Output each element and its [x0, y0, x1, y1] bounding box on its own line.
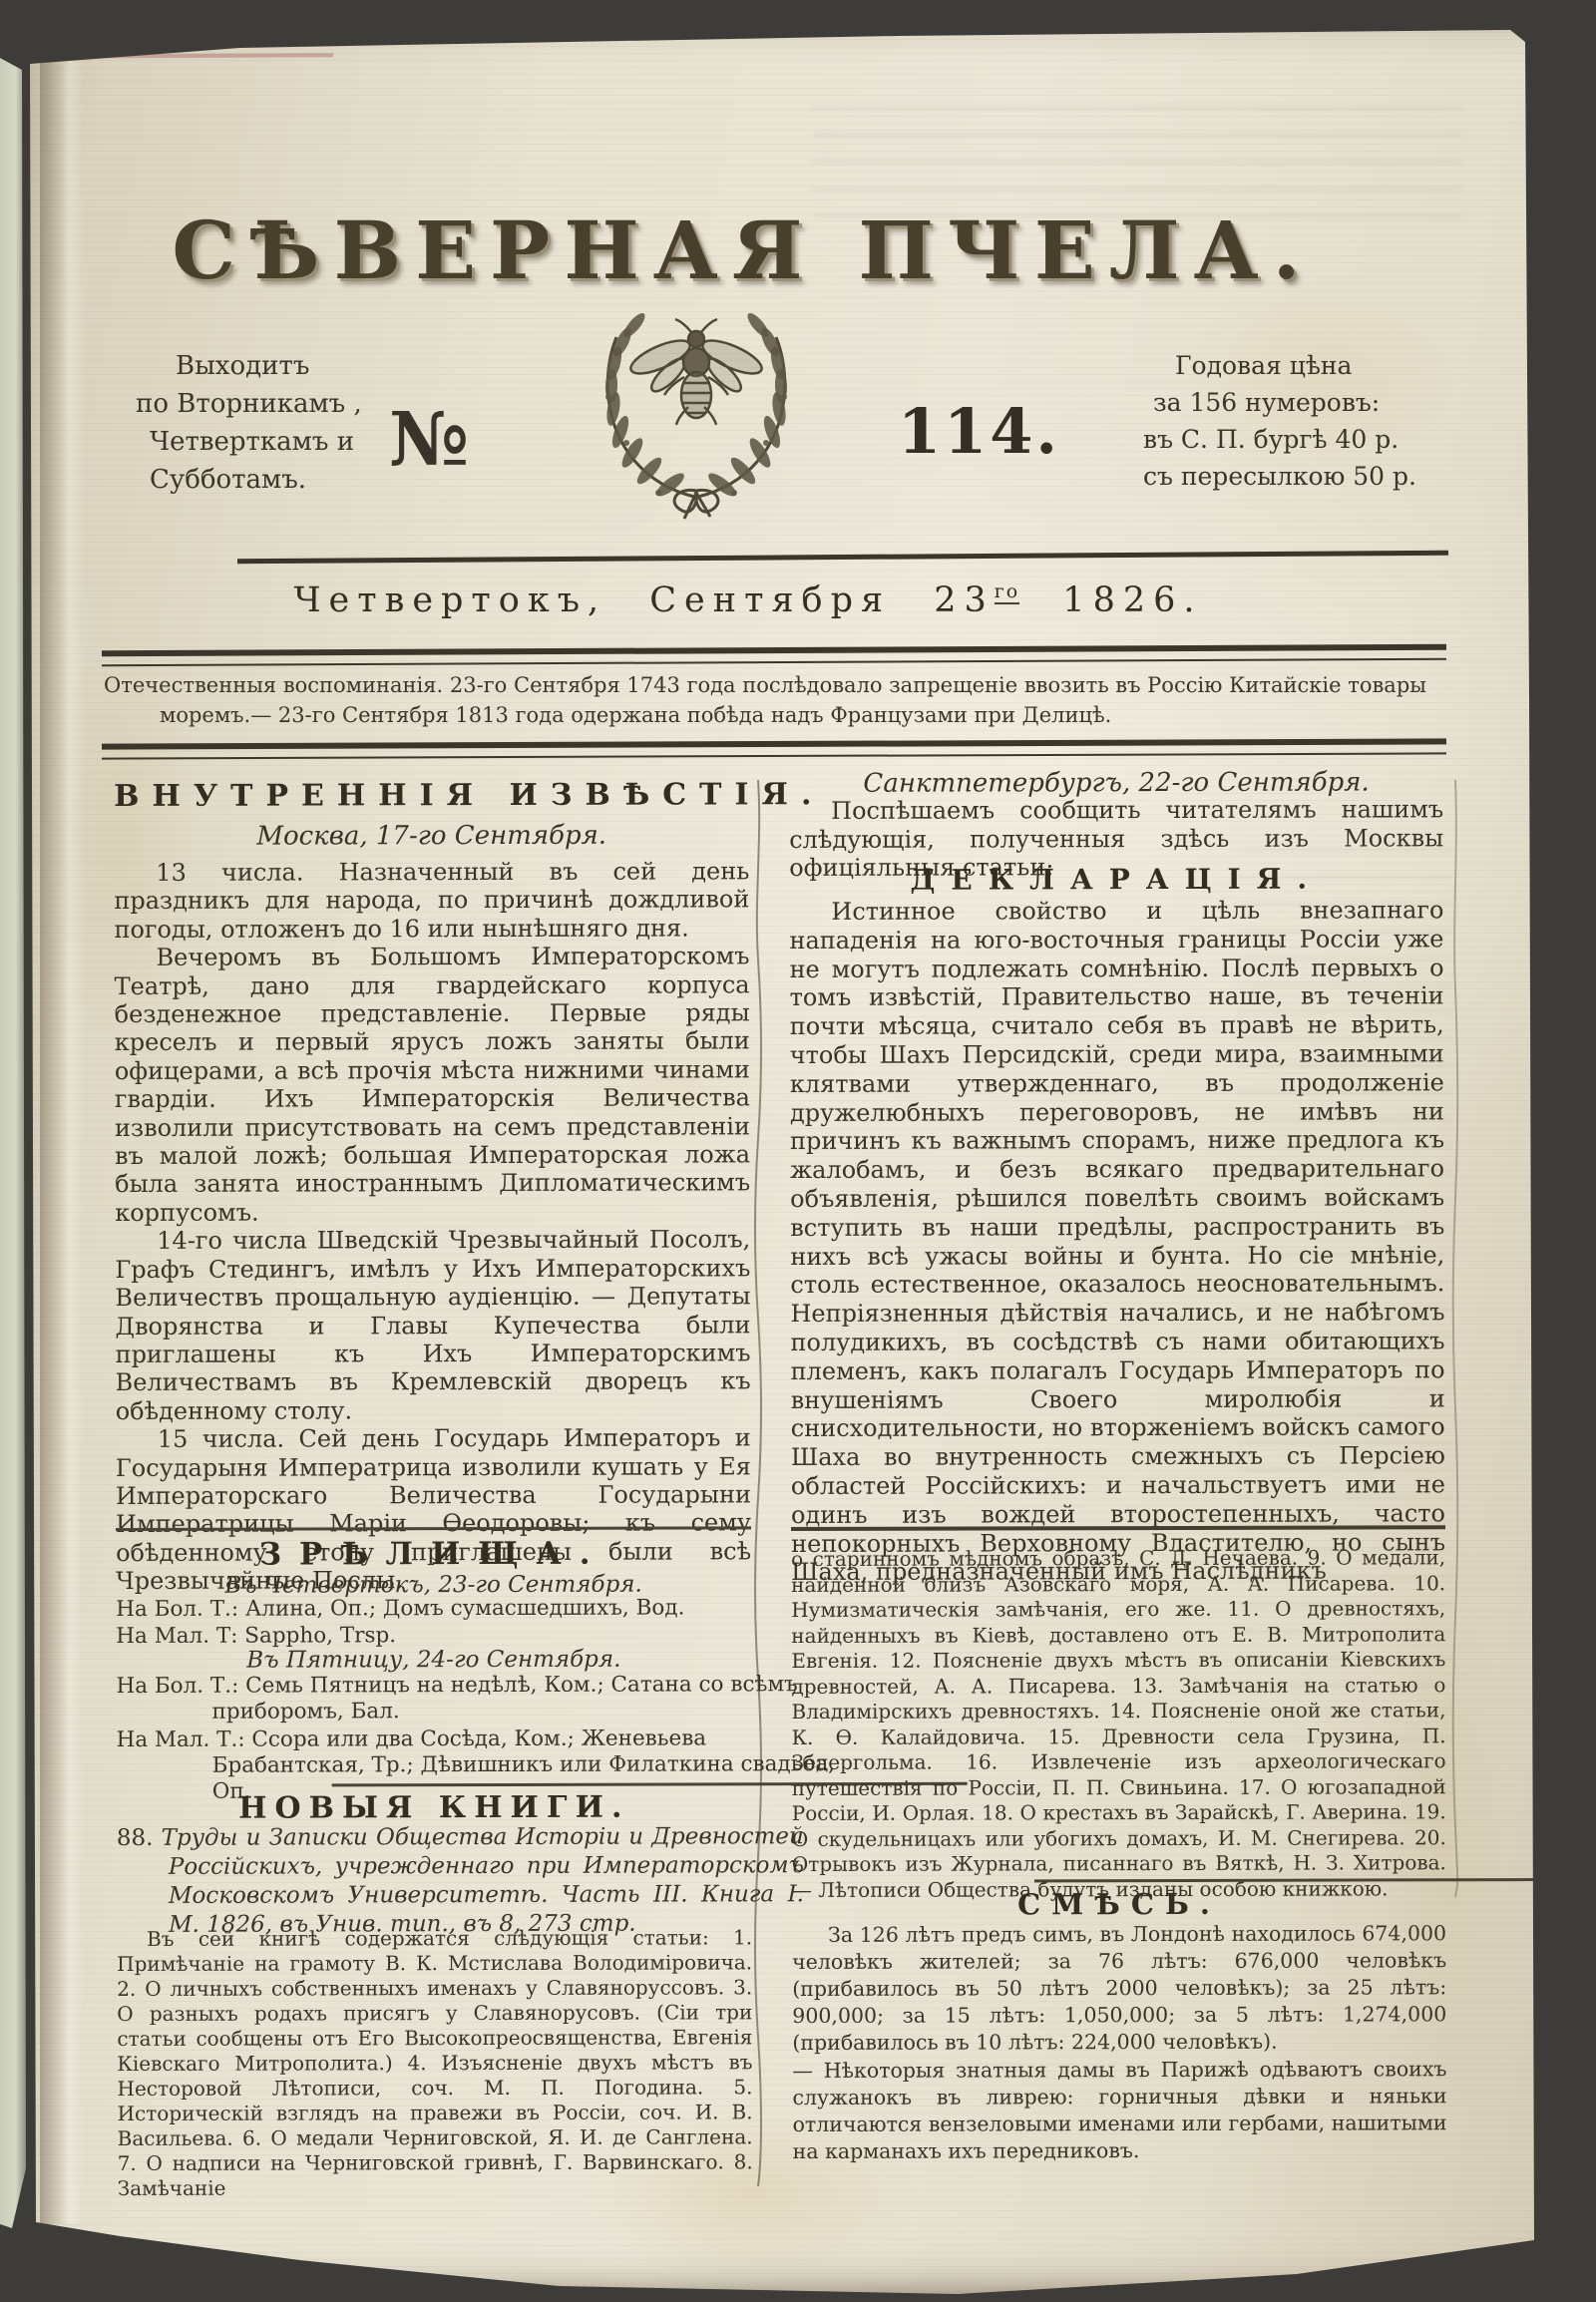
horizontal-rule — [102, 738, 1446, 749]
right-margin-mark — [1448, 780, 1462, 1901]
section-heading-domestic-news: ВНУТРЕННІЯ ИЗВѢСТІЯ. — [114, 777, 749, 814]
domestic-news-body: 13 числа. Назначенный въ сей день праздн… — [114, 857, 751, 1595]
book-entry-number: 88. — [117, 1825, 154, 1851]
section-heading-miscellany: СМѢСЬ. — [792, 1886, 1446, 1922]
horizontal-rule — [237, 551, 1448, 564]
numero-sign: № — [389, 397, 469, 483]
newspaper-scan: { "colors":{"backdrop":"#3d3c38","paper"… — [0, 0, 1596, 2302]
dateline-ordinal: го — [995, 580, 1019, 604]
horizontal-rule — [102, 644, 1446, 657]
schedule-line: Субботамъ. — [136, 461, 362, 499]
column-divider — [750, 780, 766, 2190]
theatre-listing: На Бол. Т.: Алина, Оп.; Домъ сумасшедших… — [116, 1595, 847, 1623]
miscellany-paragraph: — Нѣкоторыя знатныя дамы въ Парижѣ одѣва… — [792, 2056, 1446, 2165]
paper-edge-tint — [34, 53, 333, 59]
schedule-line: по Вторникамъ , — [136, 385, 362, 423]
publication-schedule: Выходитъ по Вторникамъ , Четверткамъ и С… — [136, 347, 362, 499]
dateline: Четвертокъ, Сентября 23го 1826. — [170, 580, 1327, 620]
ink-bleedthrough — [813, 88, 1461, 217]
book-entry: 88. Труды и Записки Общества Исторіи и Д… — [117, 1822, 804, 1940]
paragraph: Вечеромъ въ Большомъ Императорскомъ Теат… — [114, 943, 750, 1228]
schedule-line: Четверткамъ и — [136, 423, 362, 461]
book-entry-title: Труды и Записки Общества Исторіи и Древн… — [162, 1823, 804, 1938]
horizontal-rule — [102, 658, 1446, 667]
dateline-year: 1826. — [1062, 580, 1202, 620]
subscription-price: Годовая цѣна за 156 нумеровъ: въ С. П. б… — [1143, 347, 1416, 495]
anniversary-note: Отечественныя воспоминанія. 23-го Сентяб… — [104, 670, 1500, 730]
price-line: Годовая цѣна — [1143, 347, 1416, 384]
paragraph: 13 числа. Назначенный въ сей день праздн… — [114, 857, 749, 944]
schedule-line: Выходитъ — [136, 347, 362, 385]
book-entry-contents: Въ сей книгѣ содержатся слѣдующія статьи… — [117, 1925, 753, 2201]
spectacles-day2: Въ Пятницу, 24-го Сентября. — [116, 1646, 751, 1674]
issue-number: 114. — [898, 395, 1060, 468]
newspaper-page: СѢВЕРНАЯ ПЧЕЛА. Выходитъ по Вторникамъ ,… — [0, 0, 1596, 2302]
declaration-body: Истинное свойство и цѣль внезапнаго напа… — [789, 896, 1445, 1587]
price-line: въ С. П. бургѣ 40 р. — [1143, 421, 1416, 458]
dateline-petersburg: Санктпетербургъ, 22-го Сентября. — [789, 767, 1443, 799]
bow — [674, 490, 718, 519]
section-heading-declaration: ДЕКЛАРАЦІЯ. — [789, 862, 1443, 897]
binding-crease — [40, 58, 84, 2224]
newspaper-title: СѢВЕРНАЯ ПЧЕЛА. — [120, 203, 1367, 297]
book-list-continuation: о старинномъ мѣдномъ образѣ, С. Д. Нечае… — [791, 1545, 1446, 1903]
bee-laurel-wreath-icon — [547, 287, 846, 531]
section-heading-spectacles: ЗРѢЛИЩА. — [116, 1535, 751, 1573]
price-line: за 156 нумеровъ: — [1143, 384, 1416, 421]
paragraph: 14-го числа Шведскій Чрезвычайный Посолъ… — [115, 1226, 751, 1426]
price-line: съ пересылкою 50 р. — [1143, 458, 1416, 495]
theatre-listing: На Бол. Т.: Семь Пятницъ на недѣлѣ, Ком.… — [116, 1672, 847, 1726]
bee — [626, 319, 765, 425]
miscellany-paragraph: За 126 лѣтъ предъ симъ, въ Лондонѣ наход… — [792, 1920, 1446, 2057]
underlying-page-edge — [0, 54, 26, 2234]
dateline-moscow: Москва, 17-го Сентября. — [114, 820, 749, 852]
section-heading-new-books: НОВЫЯ КНИГИ. — [117, 1789, 752, 1826]
horizontal-rule — [102, 752, 1446, 759]
dateline-main: Четвертокъ, Сентября 23 — [293, 580, 994, 620]
